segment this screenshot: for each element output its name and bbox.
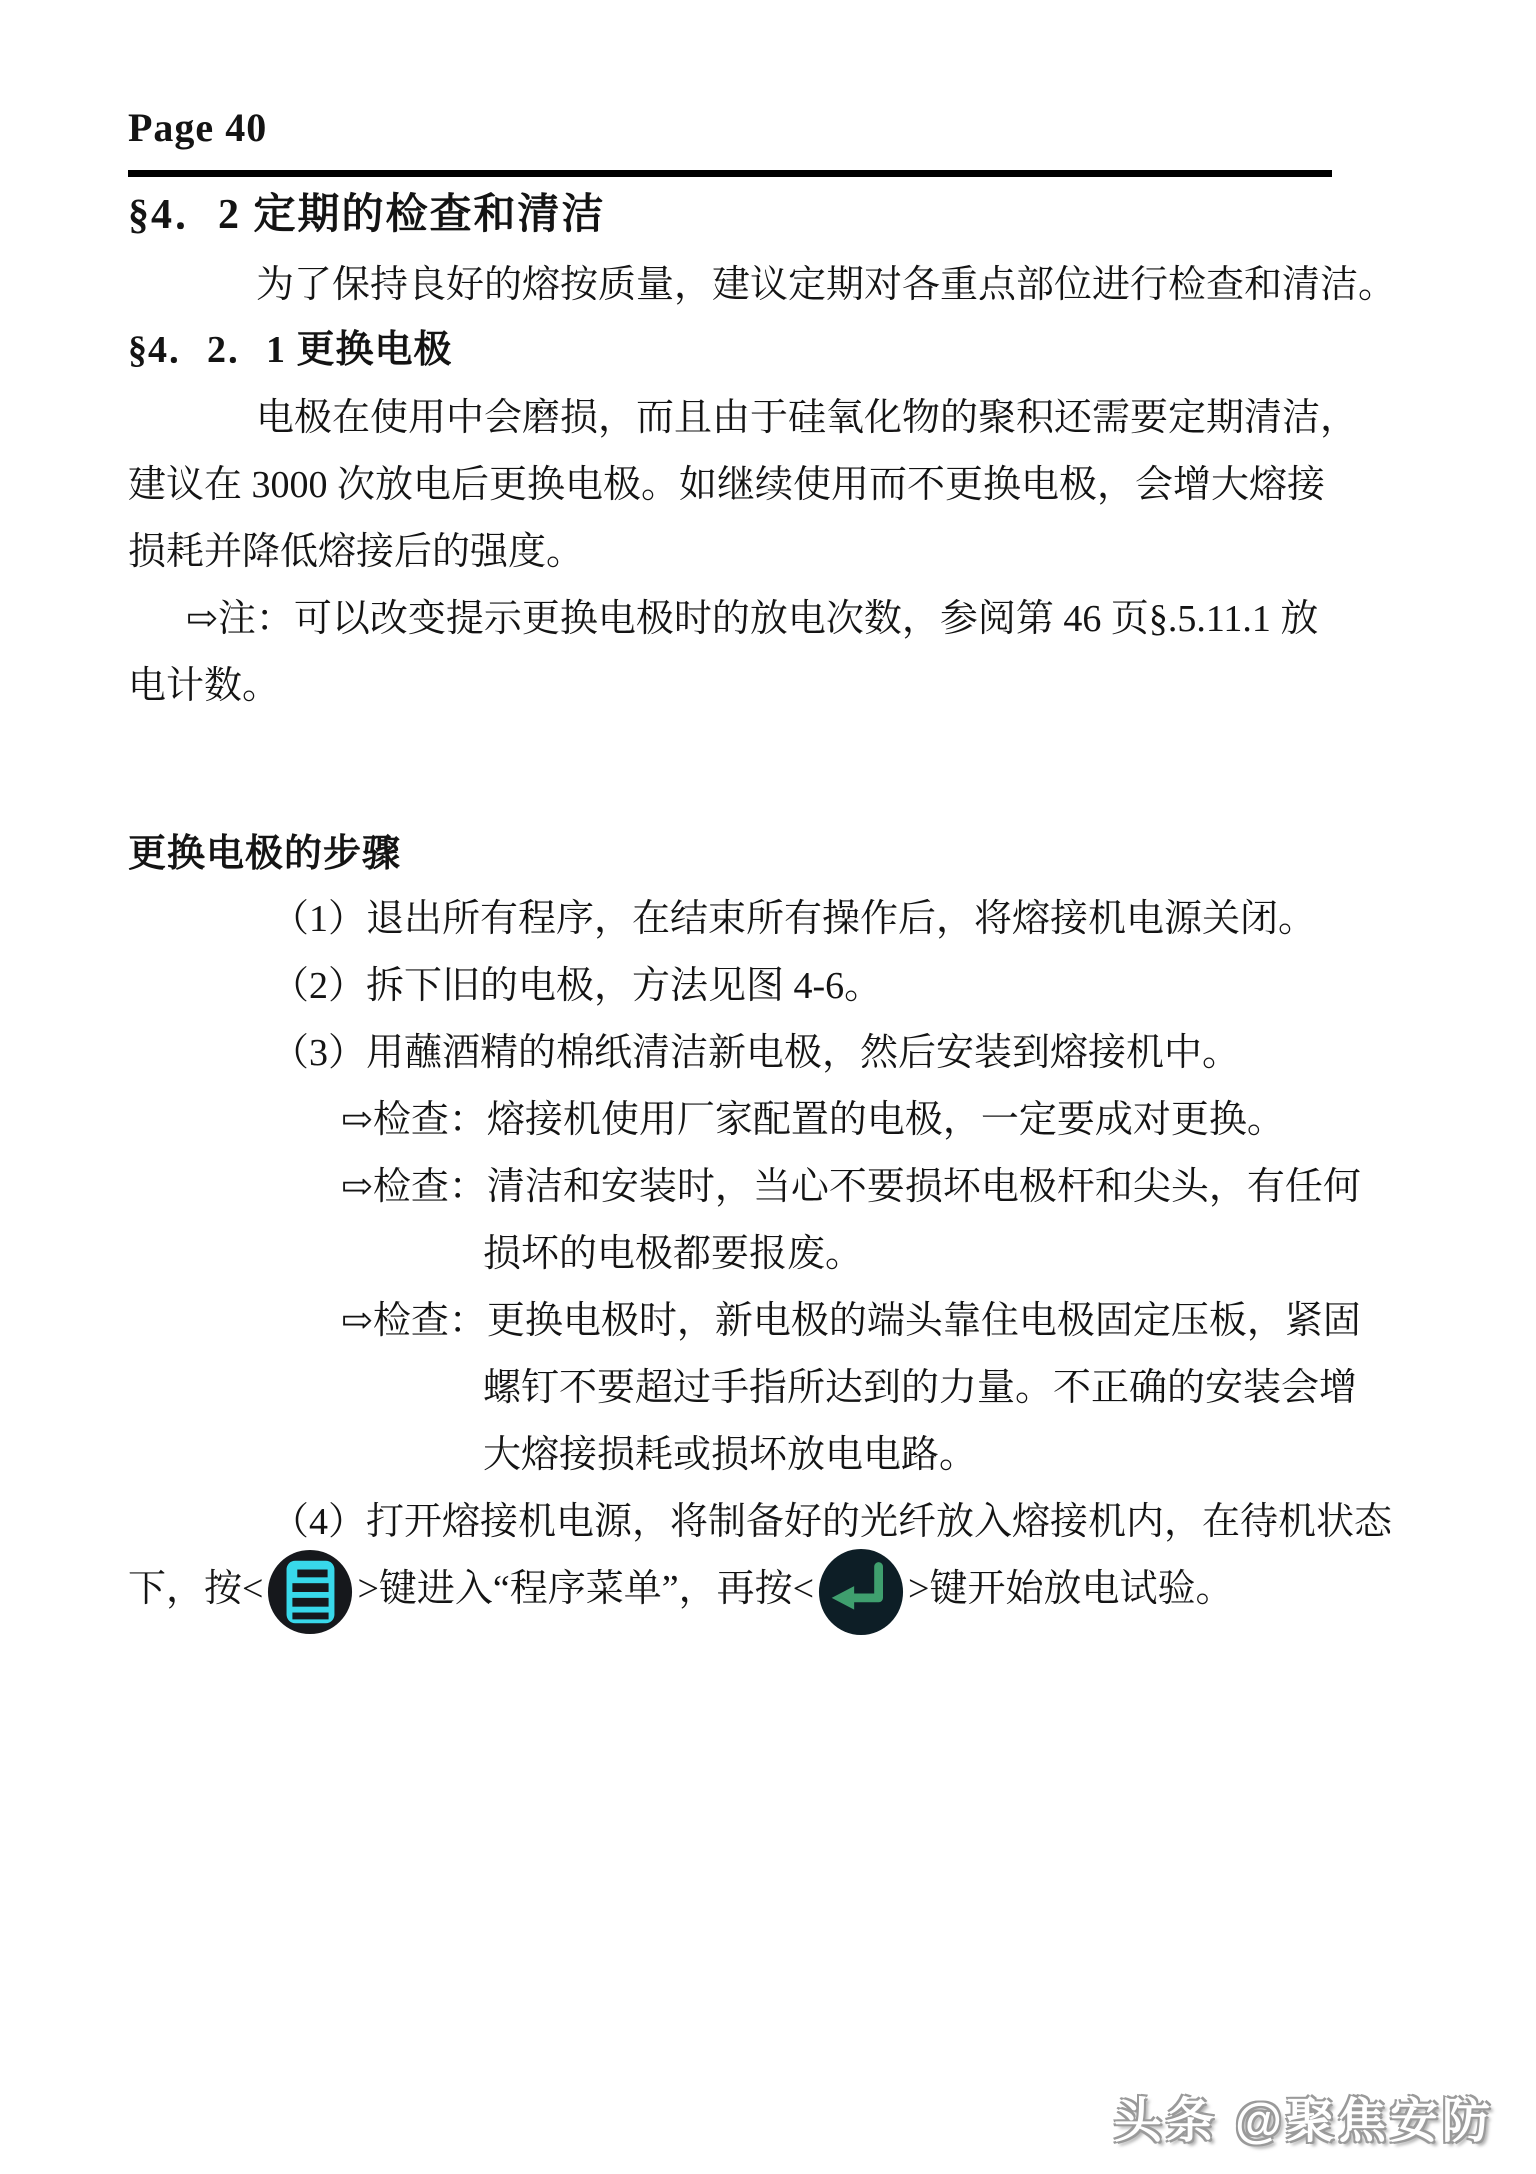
check-line-cont: 损坏的电极都要报废。	[128, 1221, 1332, 1288]
text-line: 为了保持良好的熔按质量，建议定期对各重点部位进行检查和清洁。	[128, 252, 1332, 319]
section-4-2-1-body: 电极在使用中会磨损，而且由于硅氧化物的聚积还需要定期清洁， 建议在 3000 次…	[128, 385, 1332, 586]
steps-list: （1）退出所有程序，在结束所有操作后，将熔接机电源关闭。 （2）拆下旧的电极，方…	[128, 886, 1332, 1623]
step-4-line: （4）打开熔接机电源，将制备好的光纤放入熔接机内，在待机状态	[128, 1489, 1332, 1556]
step-2-line: （2）拆下旧的电极，方法见图 4-6。	[128, 953, 1332, 1020]
page-number-header: Page 40	[128, 104, 1332, 151]
manual-page: Page 40 §4．2 定期的检查和清洁 为了保持良好的熔按质量，建议定期对各…	[0, 0, 1536, 2174]
section-4-2-heading: §4．2 定期的检查和清洁	[128, 181, 1332, 241]
check-line: ⇨检查：更换电极时，新电极的端头靠住电极固定压板，紧固	[128, 1288, 1332, 1355]
steps-heading: 更换电极的步骤	[128, 822, 1332, 877]
watermark: 头条 @聚焦安防	[1114, 2082, 1494, 2151]
section-4-2-intro: 为了保持良好的熔按质量，建议定期对各重点部位进行检查和清洁。	[128, 252, 1332, 319]
step-4-key-line: 下，按< >键进入“程序菜单”，再按< >键开始放电试验。	[128, 1556, 1332, 1623]
header-divider	[128, 170, 1332, 177]
text-line: 损耗并降低熔接后的强度。	[128, 519, 1332, 586]
key-line-text-post: >键开始放电试验。	[908, 1568, 1233, 1610]
enter-key-icon	[817, 1548, 905, 1636]
check-line: ⇨检查：熔接机使用厂家配置的电极，一定要成对更换。	[128, 1087, 1332, 1154]
key-line-text-mid: >键进入“程序菜单”，再按<	[357, 1568, 814, 1610]
electrode-note: ⇨注：可以改变提示更换电极时的放电次数，参阅第 46 页§.5.11.1 放 电…	[128, 586, 1332, 720]
step-3-line: （3）用蘸酒精的棉纸清洁新电极，然后安装到熔接机中。	[128, 1020, 1332, 1087]
note-line: ⇨注：可以改变提示更换电极时的放电次数，参阅第 46 页§.5.11.1 放	[128, 586, 1332, 653]
text-line: 建议在 3000 次放电后更换电极。如继续使用而不更换电极，会增大熔接	[128, 452, 1332, 519]
note-line: 电计数。	[128, 653, 1332, 720]
section-4-2-1-heading: §4．2．1 更换电极	[128, 318, 1332, 373]
text-line: 电极在使用中会磨损，而且由于硅氧化物的聚积还需要定期清洁，	[128, 385, 1332, 452]
check-line-cont: 螺钉不要超过手指所达到的力量。不正确的安装会增	[128, 1355, 1332, 1422]
key-line-text-pre: 下，按<	[128, 1568, 263, 1610]
check-line-cont: 大熔接损耗或损坏放电电路。	[128, 1422, 1332, 1489]
step-1-line: （1）退出所有程序，在结束所有操作后，将熔接机电源关闭。	[128, 886, 1332, 953]
menu-key-icon	[266, 1548, 354, 1636]
check-line: ⇨检查：清洁和安装时，当心不要损坏电极杆和尖头，有任何	[128, 1154, 1332, 1221]
